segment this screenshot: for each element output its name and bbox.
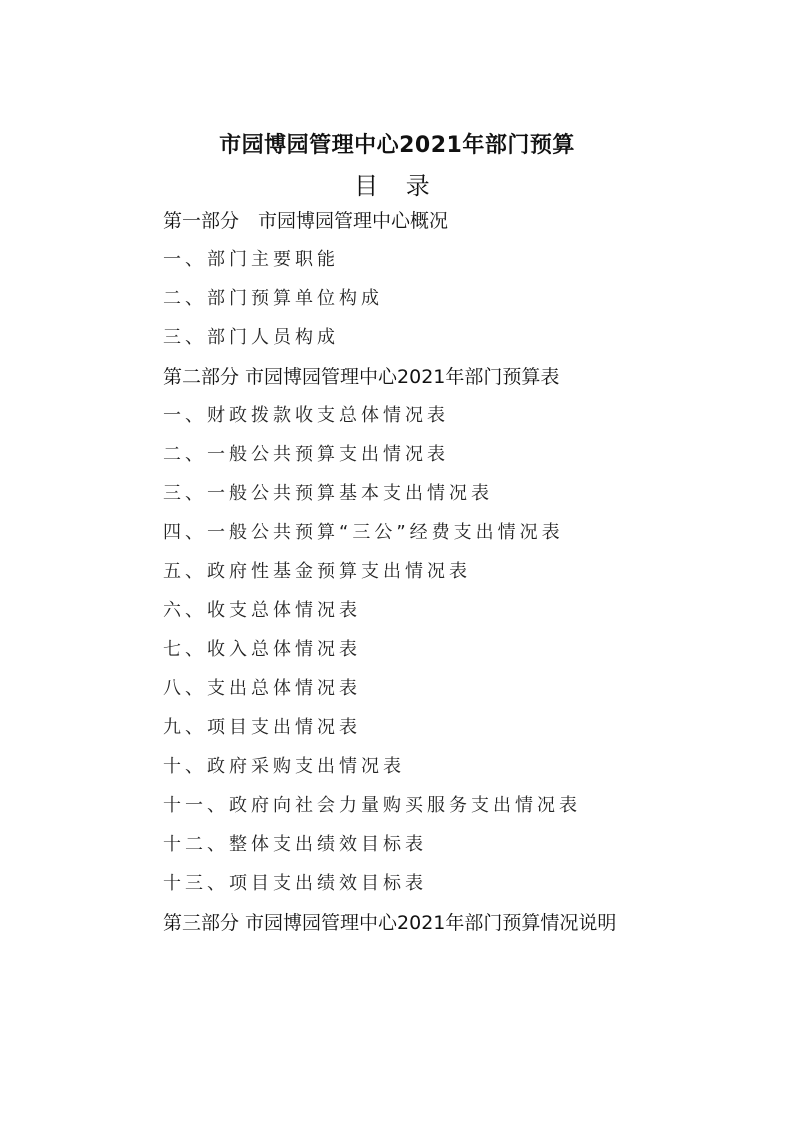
toc-item[interactable]: 四、一般公共预算“三公”经费支出情况表 [163,517,616,556]
document-title: 市园博园管理中心2021年部门预算 [0,128,794,159]
toc-part-2[interactable]: 第二部分 市园博园管理中心2021年部门预算表 [163,361,616,400]
toc-item[interactable]: 一、部门主要职能 [163,244,616,283]
toc-item[interactable]: 二、一般公共预算支出情况表 [163,439,616,478]
table-of-contents: 第一部分 市园博园管理中心概况 一、部门主要职能 二、部门预算单位构成 三、部门… [163,205,616,946]
toc-item[interactable]: 十二、整体支出绩效目标表 [163,829,616,868]
toc-heading: 目 录 [0,166,794,201]
toc-item[interactable]: 二、部门预算单位构成 [163,283,616,322]
toc-item[interactable]: 九、项目支出情况表 [163,712,616,751]
toc-part-1[interactable]: 第一部分 市园博园管理中心概况 [163,205,616,244]
toc-item[interactable]: 十、政府采购支出情况表 [163,751,616,790]
toc-item[interactable]: 六、收支总体情况表 [163,595,616,634]
toc-item[interactable]: 十三、项目支出绩效目标表 [163,868,616,907]
toc-item[interactable]: 一、财政拨款收支总体情况表 [163,400,616,439]
toc-item[interactable]: 五、政府性基金预算支出情况表 [163,556,616,595]
toc-item[interactable]: 七、收入总体情况表 [163,634,616,673]
toc-item[interactable]: 三、部门人员构成 [163,322,616,361]
toc-part-3[interactable]: 第三部分 市园博园管理中心2021年部门预算情况说明 [163,907,616,946]
toc-item[interactable]: 十一、政府向社会力量购买服务支出情况表 [163,790,616,829]
toc-item[interactable]: 八、支出总体情况表 [163,673,616,712]
toc-item[interactable]: 三、一般公共预算基本支出情况表 [163,478,616,517]
